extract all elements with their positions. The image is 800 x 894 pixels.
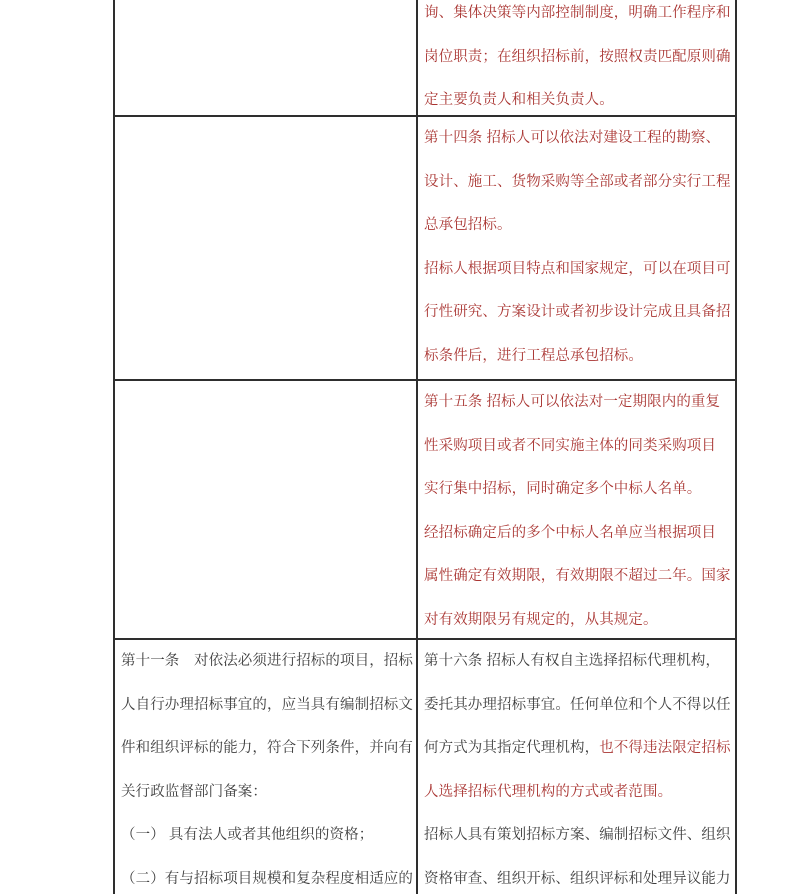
cell-text: 第十五条 招标人可以依法对一定期限内的重复 性采购项目或者不同实施主体的同类采购… bbox=[418, 381, 735, 638]
table-cell-right: 第十四条 招标人可以依法对建设工程的勘察、 设计、施工、货物采购等全部或者部分实… bbox=[418, 117, 735, 379]
law-comparison-table: 询、集体决策等内部控制制度，明确工作程序和 岗位职责；在组织招标前，按照权责匹配… bbox=[113, 0, 737, 894]
cell-text: 第十四条 招标人可以依法对建设工程的勘察、 设计、施工、货物采购等全部或者部分实… bbox=[418, 117, 735, 378]
table-row: 询、集体决策等内部控制制度，明确工作程序和 岗位职责；在组织招标前，按照权责匹配… bbox=[115, 0, 735, 117]
table-cell-left bbox=[115, 117, 418, 379]
cell-text: 第十一条 对依法必须进行招标的项目，招标 人自行办理招标事宜的，应当具有编制招标… bbox=[115, 640, 416, 894]
table-row: 第十五条 招标人可以依法对一定期限内的重复 性采购项目或者不同实施主体的同类采购… bbox=[115, 381, 735, 640]
cell-text: 询、集体决策等内部控制制度，明确工作程序和 岗位职责；在组织招标前，按照权责匹配… bbox=[418, 0, 735, 115]
cell-text: 第十六条 招标人有权自主选择招标代理机构， 委托其办理招标事宜。任何单位和个人不… bbox=[418, 640, 735, 894]
table-cell-right: 第十六条 招标人有权自主选择招标代理机构， 委托其办理招标事宜。任何单位和个人不… bbox=[418, 640, 735, 894]
document-page: 询、集体决策等内部控制制度，明确工作程序和 岗位职责；在组织招标前，按照权责匹配… bbox=[0, 0, 800, 894]
table-row: 第十四条 招标人可以依法对建设工程的勘察、 设计、施工、货物采购等全部或者部分实… bbox=[115, 117, 735, 381]
table-cell-left bbox=[115, 0, 418, 115]
table-cell-right: 第十五条 招标人可以依法对一定期限内的重复 性采购项目或者不同实施主体的同类采购… bbox=[418, 381, 735, 638]
table-cell-left: 第十一条 对依法必须进行招标的项目，招标 人自行办理招标事宜的，应当具有编制招标… bbox=[115, 640, 418, 894]
table-cell-right: 询、集体决策等内部控制制度，明确工作程序和 岗位职责；在组织招标前，按照权责匹配… bbox=[418, 0, 735, 115]
table-row: 第十一条 对依法必须进行招标的项目，招标 人自行办理招标事宜的，应当具有编制招标… bbox=[115, 640, 735, 894]
table-cell-left bbox=[115, 381, 418, 638]
